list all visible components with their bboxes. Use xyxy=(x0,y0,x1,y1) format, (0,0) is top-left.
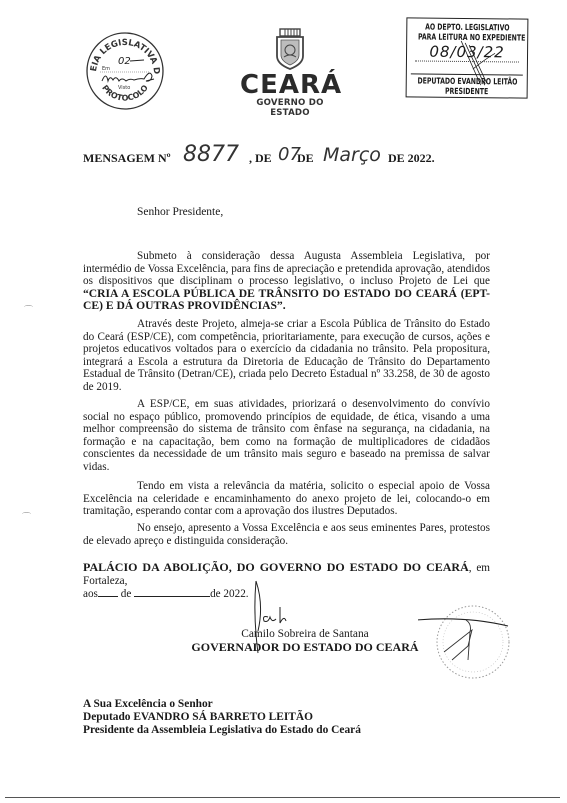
message-sep-2: DE xyxy=(297,151,314,166)
signature-block: Camilo Sobreira de Santana GOVERNADOR DO… xyxy=(180,628,430,654)
message-year: DE 2022. xyxy=(388,151,435,166)
addressee-block: A Sua Excelência o Senhor Deputado EVAND… xyxy=(83,698,361,738)
message-sep-1: , DE xyxy=(249,151,272,166)
message-heading: MENSAGEM Nº 8877 , DE 07 DE Março DE 202… xyxy=(83,142,503,170)
addressee-line-1: A Sua Excelência o Senhor xyxy=(83,698,361,711)
salutation: Senhor Presidente, xyxy=(137,206,223,218)
logo-wordmark: CEARÁ xyxy=(240,72,340,98)
protocol-seal-icon: ASSEMBLEIA LEGISLATIVA DO CEARÁ PROTOCOL… xyxy=(84,30,166,112)
svg-text:ASSEMBLEIA LEGISLATIVA DO CEAR: ASSEMBLEIA LEGISLATIVA DO CEARÁ xyxy=(84,30,161,75)
margin-mark: ⌒ xyxy=(22,510,31,523)
reception-stamp: AO DEPTO. LEGISLATIVO PARA LEITURA NO EX… xyxy=(406,17,529,98)
paragraph-1: Submeto à consideração dessa Augusta Ass… xyxy=(83,250,490,313)
svg-text:Visto: Visto xyxy=(118,85,130,91)
signer-title: GOVERNADOR DO ESTADO DO CEARÁ xyxy=(180,641,430,654)
addressee-line-3: Presidente da Assembleia Legislativa do … xyxy=(83,724,361,737)
logo-subtitle: GOVERNO DO ESTADO xyxy=(240,98,340,118)
svg-text:02: 02 xyxy=(118,56,131,67)
page-bottom-rule xyxy=(5,797,560,798)
protocol-seal: ASSEMBLEIA LEGISLATIVA DO CEARÁ PROTOCOL… xyxy=(84,30,166,112)
state-coat-of-arms-icon xyxy=(274,28,306,70)
message-number: 8877 xyxy=(183,142,239,167)
paragraph-3: A ESP/CE, em suas atividades, priorizará… xyxy=(83,398,490,474)
bill-title: “CRIA A ESCOLA PÚBLICA DE TRÂNSITO DO ES… xyxy=(83,287,490,313)
message-label: MENSAGEM Nº xyxy=(83,151,171,166)
paragraph-2: Através deste Projeto, almeja-se criar a… xyxy=(83,318,490,394)
message-month: Março xyxy=(323,144,381,166)
ceara-government-logo: CEARÁ GOVERNO DO ESTADO xyxy=(240,28,340,113)
paragraph-4: Tendo em vista a relevância da matéria, … xyxy=(83,480,490,518)
margin-mark: ⌒ xyxy=(24,303,33,316)
governor-office-seal-icon xyxy=(418,600,518,690)
closing-place: PALÁCIO DA ABOLIÇÃO, DO GOVERNO DO ESTAD… xyxy=(83,560,469,574)
svg-text:Em: Em xyxy=(102,66,110,72)
paragraph-5: No ensejo, apresento a Vossa Excelência … xyxy=(83,522,490,547)
stamp-signature-scribble-icon xyxy=(459,39,500,89)
addressee-line-2: Deputado EVANDRO SÁ BARRETO LEITÃO xyxy=(83,711,361,724)
